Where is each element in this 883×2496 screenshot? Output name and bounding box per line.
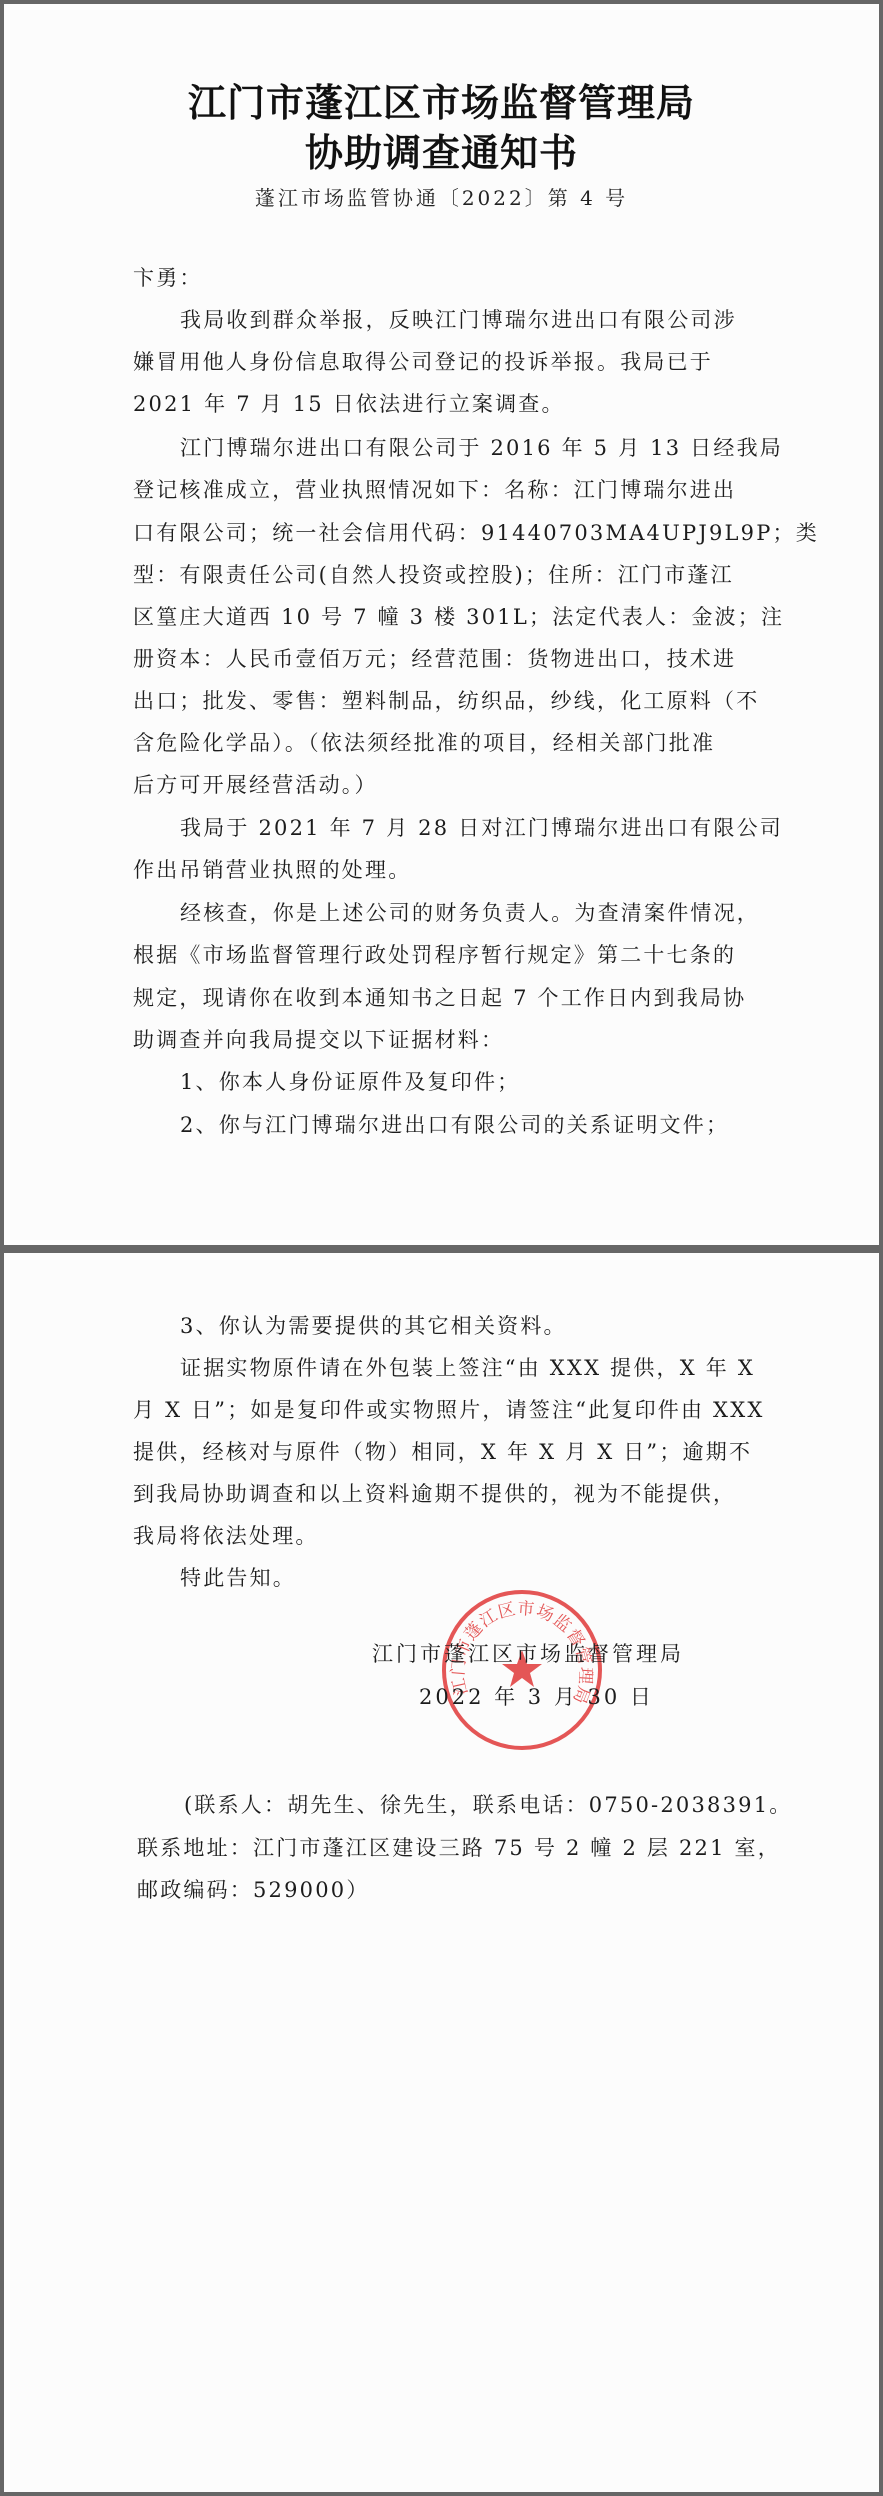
evidence-item-1: 1、你本人身份证原件及复印件； <box>180 1066 520 1096</box>
evidence-item-2: 2、你与江门博瑞尔进出口有限公司的关系证明文件； <box>180 1109 729 1139</box>
title-line-1: 江门市蓬江区市场监督管理局 <box>4 72 879 127</box>
body-line: 我局将依法处理。 <box>133 1520 319 1550</box>
document-page-1: 江门市蓬江区市场监督管理局 协助调查通知书 蓬江市场监管协通〔2022〕第 4 … <box>4 4 879 1245</box>
body-line: 口有限公司；统一社会信用代码：91440703MA4UPJ9L9P；类 <box>133 517 819 547</box>
body-line: 我局收到群众举报，反映江门博瑞尔进出口有限公司涉 <box>180 304 737 334</box>
body-line: 登记核准成立，营业执照情况如下：名称：江门博瑞尔进出 <box>133 474 736 504</box>
body-line: 根据《市场监督管理行政处罚程序暂行规定》第二十七条的 <box>133 939 736 969</box>
body-line: 规定，现请你在收到本通知书之日起 7 个工作日内到我局协 <box>133 982 746 1012</box>
body-line: 含危险化学品）。（依法须经批准的项目，经相关部门批准 <box>133 727 715 757</box>
body-line: 嫌冒用他人身份信息取得公司登记的投诉举报。我局已于 <box>133 346 713 376</box>
body-line: 出口；批发、零售：塑料制品，纺织品，纱线，化工原料（不 <box>133 685 759 715</box>
signature-date: 2022 年 3 月 30 日 <box>419 1681 654 1711</box>
body-line: 我局于 2021 年 7 月 28 日对江门博瑞尔进出口有限公司 <box>180 812 783 842</box>
body-line: 江门博瑞尔进出口有限公司于 2016 年 5 月 13 日经我局 <box>180 432 783 462</box>
body-line: 区篁庄大道西 10 号 7 幢 3 楼 301L；法定代表人：金波；注 <box>133 601 784 631</box>
body-line: 提供，经核对与原件（物）相同，X 年 X 月 X 日”；逾期不 <box>133 1436 752 1466</box>
body-line: 助调查并向我局提交以下证据材料： <box>133 1024 504 1054</box>
body-line: 证据实物原件请在外包装上签注“由 XXX 提供，X 年 X <box>180 1352 755 1382</box>
body-line: 月 X 日”；如是复印件或实物照片，请签注“此复印件由 XXX <box>133 1394 765 1424</box>
contact-line: (联系人：胡先生、徐先生，联系电话：0750-2038391。 <box>184 1789 792 1819</box>
body-line: 册资本：人民币壹佰万元；经营范围：货物进出口，技术进 <box>133 643 736 673</box>
body-line: 后方可开展经营活动。） <box>133 769 378 799</box>
evidence-item-3: 3、你认为需要提供的其它相关资料。 <box>180 1310 567 1340</box>
closing-line: 特此告知。 <box>180 1562 296 1592</box>
signature-organization: 江门市蓬江区市场监督管理局 <box>372 1638 684 1668</box>
body-line: 2021 年 7 月 15 日依法进行立案调查。 <box>133 388 565 418</box>
title-line-2: 协助调查通知书 <box>4 122 879 177</box>
document-page-2: 3、你认为需要提供的其它相关资料。 证据实物原件请在外包装上签注“由 XXX 提… <box>4 1253 879 2492</box>
salutation: 卞勇： <box>133 262 203 292</box>
body-line: 作出吊销营业执照的处理。 <box>133 854 411 884</box>
contact-line: 联系地址：江门市蓬江区建设三路 75 号 2 幢 2 层 221 室， <box>137 1832 781 1862</box>
official-seal-icon: 江门市蓬江区市场监督管理局 <box>440 1588 604 1752</box>
document-number: 蓬江市场监管协通〔2022〕第 4 号 <box>4 182 879 211</box>
contact-line: 邮政编码：529000） <box>137 1874 370 1904</box>
body-line: 经核查，你是上述公司的财务负责人。为查清案件情况， <box>180 897 760 927</box>
body-line: 到我局协助调查和以上资料逾期不提供的，视为不能提供， <box>133 1478 736 1508</box>
body-line: 型：有限责任公司(自然人投资或控股)；住所：江门市蓬江 <box>133 559 734 589</box>
